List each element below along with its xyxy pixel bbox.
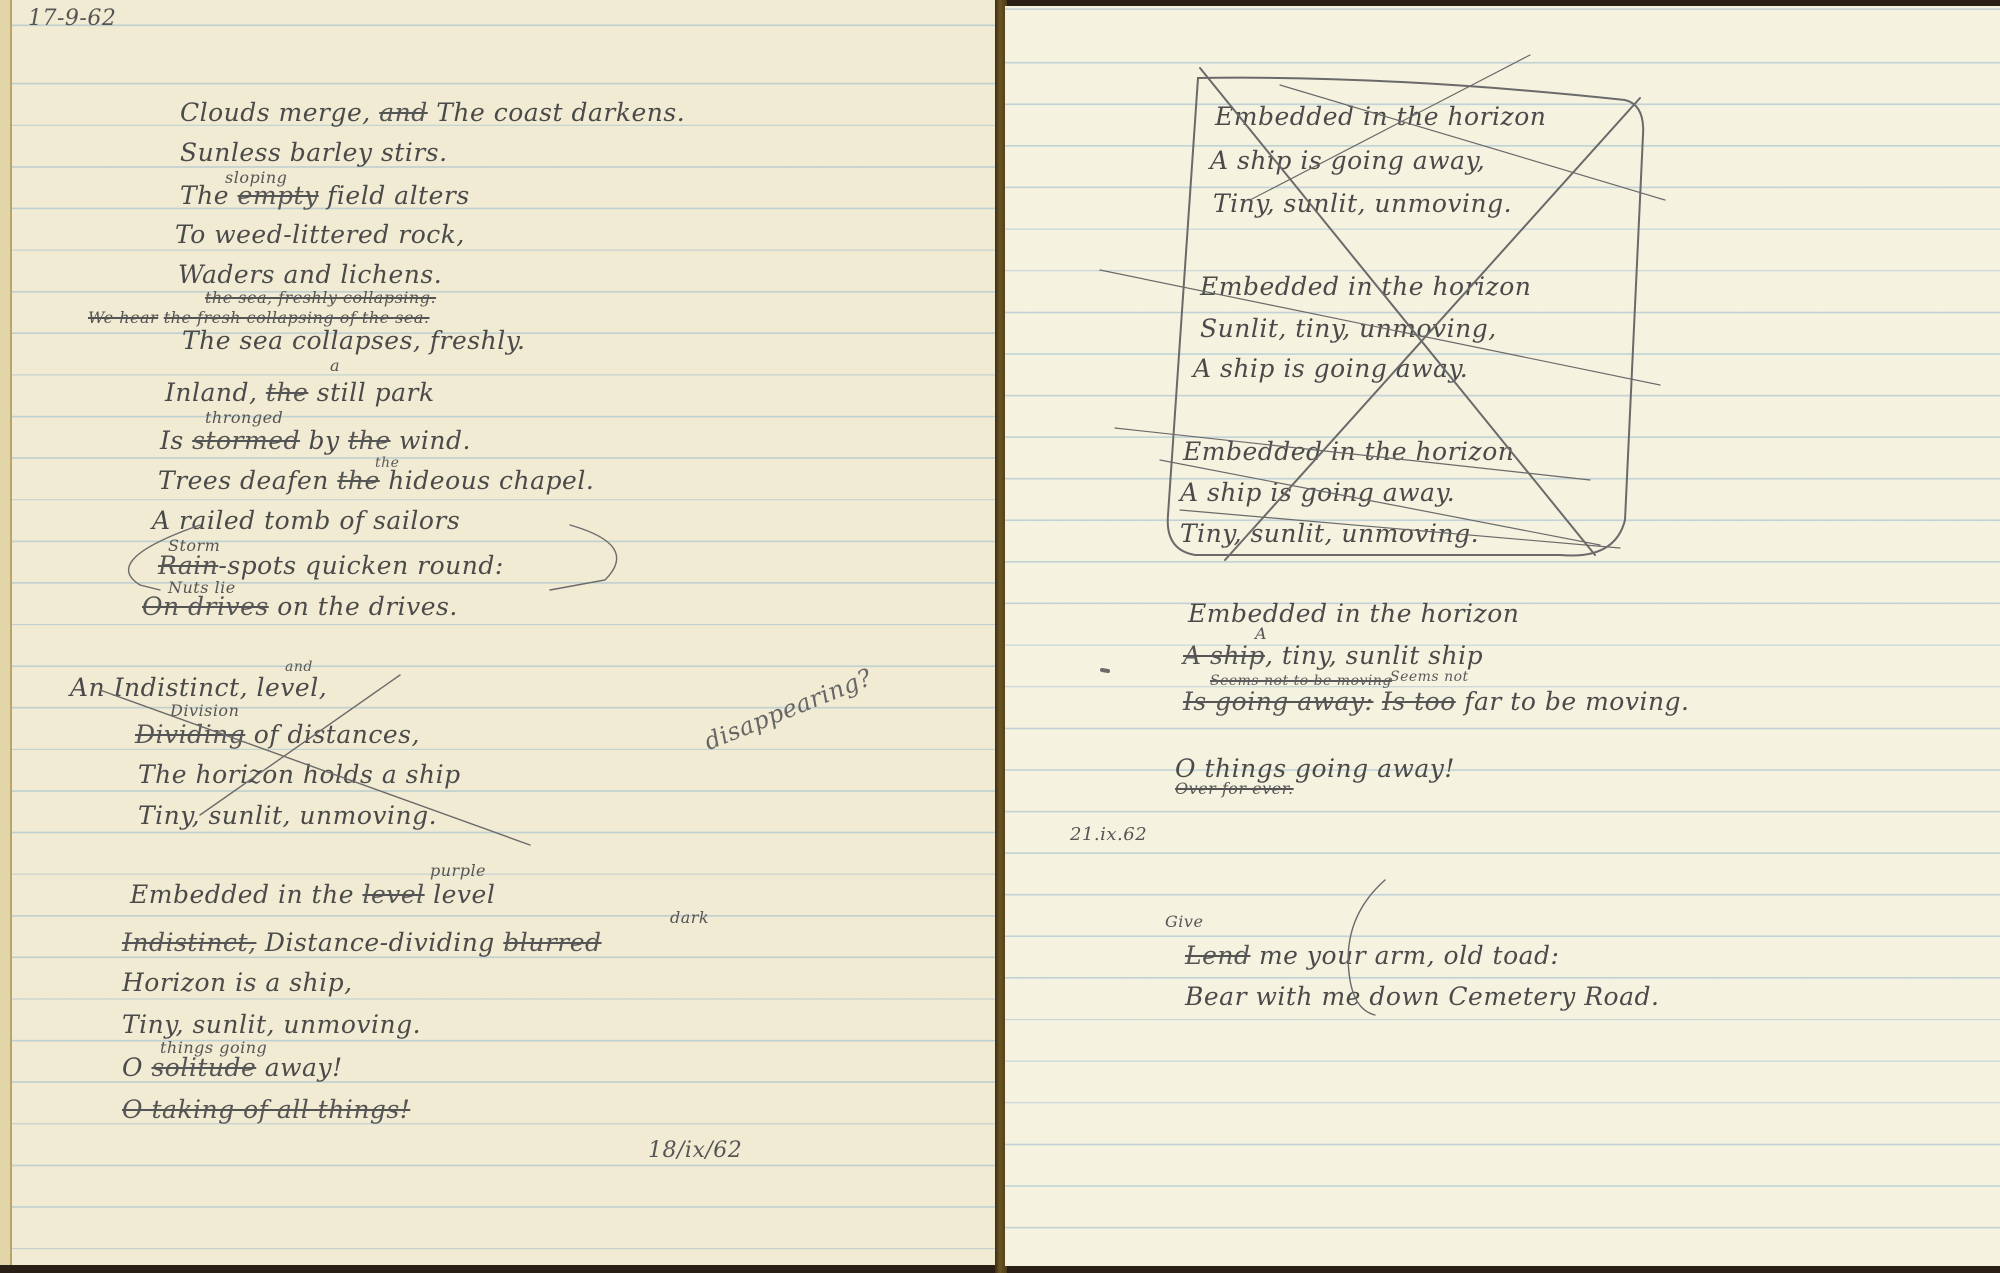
stanza2-line5: Rain-spots quicken round: (158, 553, 504, 578)
stanza4-line5: O solitude away! (122, 1055, 343, 1080)
new-poem-line2: Bear with me down Cemetery Road. (1185, 984, 1659, 1009)
stanza2-line1-insert: a (330, 358, 340, 374)
stanza1-line5: Waders and lichens. (178, 262, 442, 287)
stanza3-line2-insert: Division (170, 703, 239, 719)
stanza2-line3: Trees deafen the hideous chapel. (158, 468, 594, 493)
stanza3-line2: Dividing of distances, (135, 722, 420, 747)
stanza1-line7: The sea collapses, freshly. (182, 328, 525, 353)
stanza1-line3: The empty field alters (180, 183, 470, 208)
stanza2-line4: A railed tomb of sailors (152, 508, 460, 533)
stanza4-line6-struck: O taking of all things! (122, 1097, 410, 1122)
boxed-block2-line1: Embedded in the horizon (1200, 274, 1531, 299)
final-line3-insert-struck: Seems not to be moving (1210, 674, 1392, 688)
stanza1-line6-struck-a: the sea, freshly collapsing. (205, 290, 436, 306)
final-line1: Embedded in the horizon (1188, 601, 1519, 626)
boxed-block3-line1: Embedded in the horizon (1183, 439, 1514, 464)
boxed-block2-line2: Sunlit, tiny, unmoving, (1200, 316, 1497, 341)
stanza4-line1: Embedded in the level level (130, 882, 495, 907)
stanza3-line1-insert: and (285, 660, 313, 674)
final-line5-struck: Over for ever. (1175, 781, 1294, 797)
final-line2: A ship, tiny, sunlit ship (1183, 643, 1483, 668)
boxed-block3-line2: A ship is going away. (1180, 480, 1455, 505)
stanza3-line3: The horizon holds a ship (138, 762, 461, 787)
stanza1-line1: Clouds merge, and The coast darkens. (180, 100, 685, 125)
stanza4-line2: Indistinct, Distance-dividing blurred (122, 930, 602, 955)
final-line3-insert2: Seems not (1390, 670, 1469, 684)
date-bottom: 18/ix/62 (648, 1140, 742, 1162)
final-line3: Is going away: Is too far to be moving. (1183, 689, 1690, 714)
final-line2-insert: A (1255, 626, 1267, 642)
boxed-block2-line3: A ship is going away. (1193, 356, 1468, 381)
stanza2-line2-insert: thronged (205, 410, 283, 426)
stanza4-line1-insert: purple (430, 863, 486, 879)
stanza2-line6: On drives on the drives. (142, 594, 458, 619)
stanza3-line1: An Indistinct, level, (70, 675, 327, 700)
page-edge (10, 0, 12, 1265)
stanza2-line1: Inland, the still park (165, 380, 435, 405)
right-page: Embedded in the horizon A ship is going … (1005, 6, 2000, 1266)
new-poem-line1: Lend me your arm, old toad: (1185, 943, 1559, 968)
stanza1-line2: Sunless barley stirs. (180, 140, 448, 165)
date-top: 17-9-62 (28, 8, 116, 30)
notebook-spread: 17-9-62 Clouds merge, and The coast dark… (0, 0, 2000, 1273)
final-line4: O things going away! (1175, 756, 1455, 781)
stanza1-line6-b: We hear the fresh collapsing of the sea. (88, 310, 429, 326)
stanza3-line4: Tiny, sunlit, unmoving. (138, 803, 437, 828)
date-right: 21.ix.62 (1070, 826, 1147, 844)
boxed-block1-line3: Tiny, sunlit, unmoving. (1213, 191, 1512, 216)
boxed-block1-line1: Embedded in the horizon (1215, 104, 1546, 129)
margin-note-disappearing: disappearing? (701, 665, 875, 754)
stanza4-line4: Tiny, sunlit, unmoving. (122, 1012, 421, 1037)
stanza4-line2-insert: dark (670, 910, 709, 926)
boxed-block3-line3: Tiny, sunlit, unmoving. (1180, 521, 1479, 546)
stanza1-line4: To weed-littered rock, (175, 222, 465, 247)
boxed-block1-line2: A ship is going away, (1210, 148, 1485, 173)
stanza2-line2: Is stormed by the wind. (160, 428, 471, 453)
new-poem-line1-insert: Give (1165, 914, 1203, 930)
stanza4-line3: Horizon is a ship, (122, 970, 353, 995)
left-page: 17-9-62 Clouds merge, and The coast dark… (0, 0, 995, 1265)
